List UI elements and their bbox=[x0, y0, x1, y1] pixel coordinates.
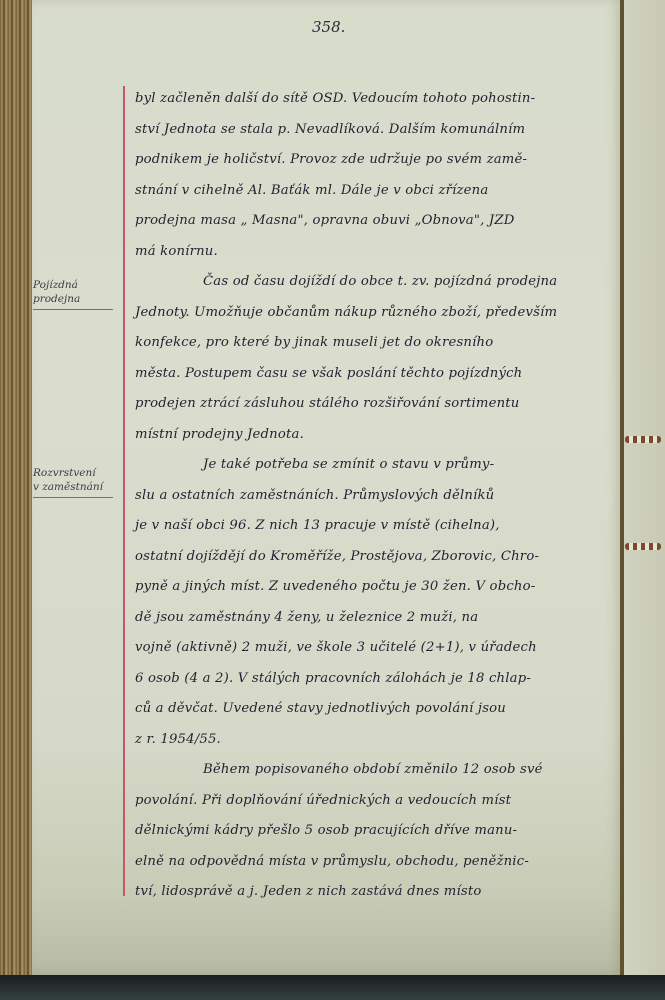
page-edges bbox=[0, 0, 32, 985]
text-line: pyně a jiných míst. Z uvedeného počtu je… bbox=[135, 572, 595, 603]
margin-note-line: Rozvrstvení bbox=[33, 466, 113, 480]
margin-rule bbox=[123, 86, 125, 896]
margin-note-mobile-shop: Pojízdná prodejna bbox=[33, 278, 113, 310]
text-line: má konírnu. bbox=[135, 237, 595, 268]
text-line: 6 osob (4 a 2). V stálých pracovních zál… bbox=[135, 664, 595, 695]
text-line: Čas od času dojíždí do obce t. zv. pojíz… bbox=[135, 267, 595, 298]
text-line: konfekce, pro které by jinak museli jet … bbox=[135, 328, 595, 359]
text-line: Během popisovaného období změnilo 12 oso… bbox=[135, 755, 595, 786]
text-line: dě jsou zaměstnány 4 ženy, u železnice 2… bbox=[135, 603, 595, 634]
text-line: ců a děvčat. Uvedené stavy jednotlivých … bbox=[135, 694, 595, 725]
margin-note-employment: Rozvrstvení v zaměstnání bbox=[33, 466, 113, 498]
binding-string-top bbox=[625, 436, 661, 443]
text-line: ství Jednota se stala p. Nevadlíková. Da… bbox=[135, 115, 595, 146]
text-line: města. Postupem času se však poslání těc… bbox=[135, 359, 595, 390]
chronicle-book: 358. Pojízdná prodejna Rozvrstvení v zam… bbox=[0, 0, 665, 990]
text-line: prodejna masa „ Masna", opravna obuvi „O… bbox=[135, 206, 595, 237]
margin-note-line: Pojízdná bbox=[33, 278, 113, 292]
text-line: dělnickými kádry přešlo 5 osob pracující… bbox=[135, 816, 595, 847]
margin-note-line: v zaměstnání bbox=[33, 480, 113, 494]
text-line: tví, lidosprávě a j. Jeden z nich zastáv… bbox=[135, 877, 595, 908]
text-line: podnikem je holičství. Provoz zde udržuj… bbox=[135, 145, 595, 176]
text-line: vojně (aktivně) 2 muži, ve škole 3 učite… bbox=[135, 633, 595, 664]
text-line: místní prodejny Jednota. bbox=[135, 420, 595, 451]
text-line: je v naší obci 96. Z nich 13 pracuje v m… bbox=[135, 511, 595, 542]
page-number: 358. bbox=[312, 18, 345, 36]
text-line: byl začleněn další do sítě OSD. Vedoucím… bbox=[135, 84, 595, 115]
text-line: z r. 1954/55. bbox=[135, 725, 595, 756]
text-line: prodejen ztrácí zásluhou stálého rozšiřo… bbox=[135, 389, 595, 420]
background-below-book bbox=[0, 975, 665, 1000]
handwritten-text: byl začleněn další do sítě OSD. Vedoucím… bbox=[135, 84, 595, 908]
text-line: ostatní dojíždějí do Kroměříže, Prostějo… bbox=[135, 542, 595, 573]
text-line: stnání v cihelně Al. Baťák ml. Dále je v… bbox=[135, 176, 595, 207]
text-line: Jednoty. Umožňuje občanům nákup různého … bbox=[135, 298, 595, 329]
next-page-edge bbox=[624, 0, 665, 985]
text-line: slu a ostatních zaměstnáních. Průmyslový… bbox=[135, 481, 595, 512]
text-line: elně na odpovědná místa v průmyslu, obch… bbox=[135, 847, 595, 878]
margin-note-line: prodejna bbox=[33, 292, 113, 306]
text-line: povolání. Při doplňování úřednických a v… bbox=[135, 786, 595, 817]
binding-string-bottom bbox=[625, 543, 661, 550]
text-line: Je také potřeba se zmínit o stavu v prům… bbox=[135, 450, 595, 481]
